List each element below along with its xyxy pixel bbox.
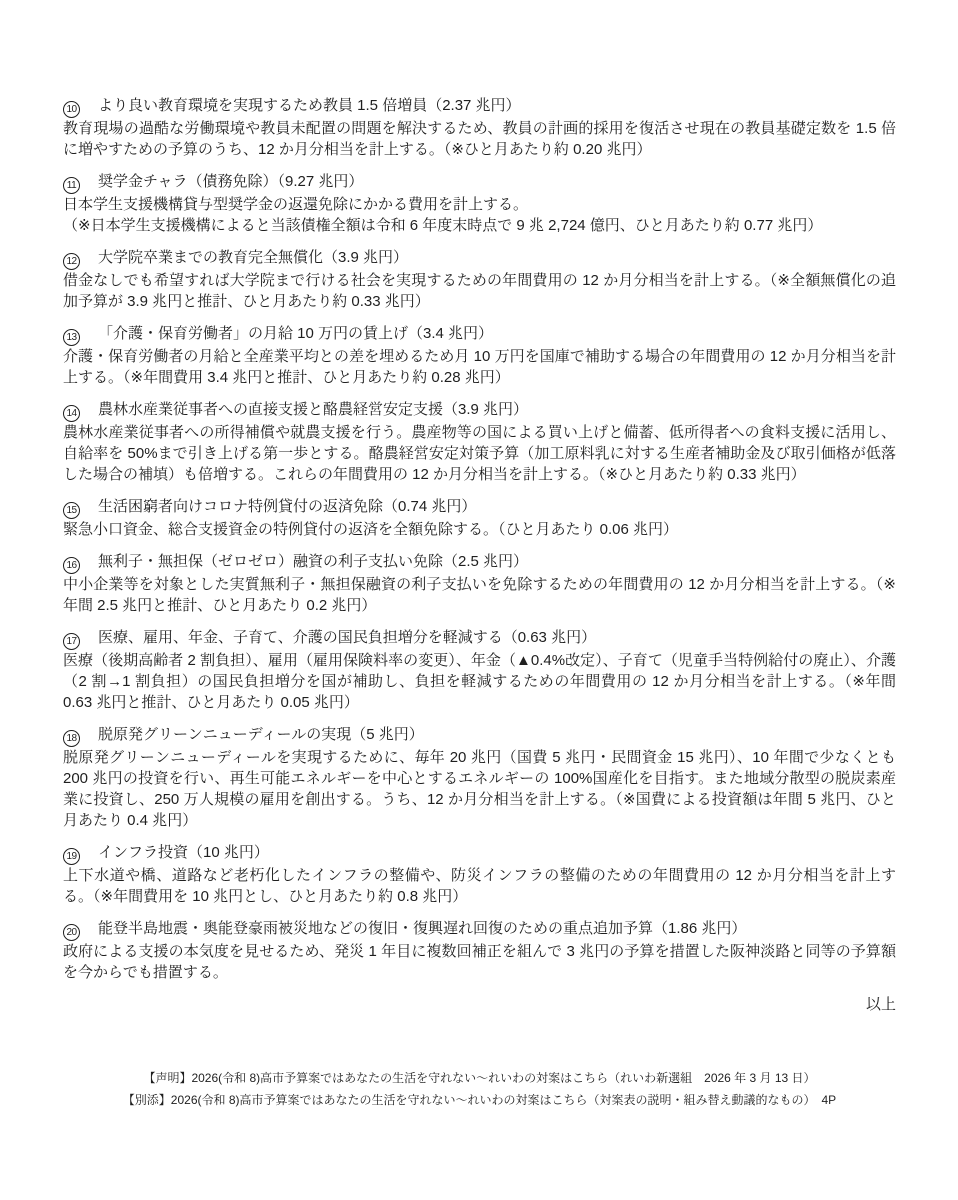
item-body: 農林水産業従事者への所得補償や就農支援を行う。農産物等の国による買い上げと備蓄、… [63,422,896,485]
circled-number: 16 [63,557,80,574]
item-title: 農林水産業従事者への直接支援と酪農経営安定支援（3.9 兆円） [98,401,528,418]
budget-item-17: 17医療、雇用、年金、子育て、介護の国民負担増分を軽減する（0.63 兆円） 医… [63,627,896,713]
item-body: 教育現場の過酷な労働環境や教員未配置の問題を解決するため、教員の計画的採用を復活… [63,118,896,160]
closing-text: 以上 [63,994,896,1015]
circled-number: 12 [63,253,80,270]
item-body: 中小企業等を対象とした実質無利子・無担保融資の利子支払いを免除するための年間費用… [63,574,896,616]
circled-number: 19 [63,848,80,865]
item-title: 奨学金チャラ（債務免除）（9.27 兆円） [98,173,363,190]
budget-item-13: 13「介護・保育労働者」の月給 10 万円の賃上げ（3.4 兆円） 介護・保育労… [63,323,896,388]
circled-number: 18 [63,730,80,747]
item-title: 無利子・無担保（ゼロゼロ）融資の利子支払い免除（2.5 兆円） [98,553,528,570]
item-body: 脱原発グリーンニューディールを実現するために、毎年 20 兆円（国費 5 兆円・… [63,747,896,831]
item-title: 能登半島地震・奥能登豪雨被災地などの復旧・復興遅れ回復のための重点追加予算（1.… [98,920,746,937]
item-heading: 19インフラ投資（10 兆円） [63,842,896,865]
item-body: 上下水道や橋、道路など老朽化したインフラの整備や、防災インフラの整備のための年間… [63,865,896,907]
item-body: 借金なしでも希望すれば大学院まで行ける社会を実現するための年間費用の 12 か月… [63,270,896,312]
budget-item-11: 11奨学金チャラ（債務免除）（9.27 兆円） 日本学生支援機構貸与型奨学金の返… [63,171,896,236]
item-title: 大学院卒業までの教育完全無償化（3.9 兆円） [98,249,408,266]
item-title: インフラ投資（10 兆円） [98,844,269,861]
item-heading: 17医療、雇用、年金、子育て、介護の国民負担増分を軽減する（0.63 兆円） [63,627,896,650]
document-page: 10より良い教育環境を実現するため教員 1.5 倍増員（2.37 兆円） 教育現… [0,0,958,1200]
item-body: 政府による支援の本気度を見せるため、発災 1 年目に複数回補正を組んで 3 兆円… [63,941,896,983]
budget-item-20: 20能登半島地震・奥能登豪雨被災地などの復旧・復興遅れ回復のための重点追加予算（… [63,918,896,983]
item-title: 脱原発グリーンニューディールの実現（5 兆円） [98,726,424,743]
item-body: 緊急小口資金、総合支援資金の特例貸付の返済を全額免除する。（ひと月あたり 0.0… [63,519,896,540]
circled-number: 13 [63,329,80,346]
item-heading: 16無利子・無担保（ゼロゼロ）融資の利子支払い免除（2.5 兆円） [63,551,896,574]
item-heading: 20能登半島地震・奥能登豪雨被災地などの復旧・復興遅れ回復のための重点追加予算（… [63,918,896,941]
circled-number: 11 [63,177,80,194]
item-heading: 13「介護・保育労働者」の月給 10 万円の賃上げ（3.4 兆円） [63,323,896,346]
item-heading: 18脱原発グリーンニューディールの実現（5 兆円） [63,724,896,747]
footer-line-2: 【別添】2026(令和 8)高市予算案ではあなたの生活を守れない～れいわの対案は… [63,1089,896,1111]
item-heading: 12大学院卒業までの教育完全無償化（3.9 兆円） [63,247,896,270]
item-title: 「介護・保育労働者」の月給 10 万円の賃上げ（3.4 兆円） [98,325,493,342]
footer: 【声明】2026(令和 8)高市予算案ではあなたの生活を守れない～れいわの対案は… [63,1067,896,1111]
item-body: 介護・保育労働者の月給と全産業平均との差を埋めるため月 10 万円を国庫で補助す… [63,346,896,388]
circled-number: 15 [63,502,80,519]
item-title: 医療、雇用、年金、子育て、介護の国民負担増分を軽減する（0.63 兆円） [98,629,596,646]
item-heading: 11奨学金チャラ（債務免除）（9.27 兆円） [63,171,896,194]
item-body: 医療（後期高齢者 2 割負担）、雇用（雇用保険料率の変更）、年金（▲0.4%改定… [63,650,896,713]
item-body: 日本学生支援機構貸与型奨学金の返還免除にかかる費用を計上する。 [63,194,896,215]
budget-item-15: 15生活困窮者向けコロナ特例貸付の返済免除（0.74 兆円） 緊急小口資金、総合… [63,496,896,540]
budget-item-16: 16無利子・無担保（ゼロゼロ）融資の利子支払い免除（2.5 兆円） 中小企業等を… [63,551,896,616]
item-heading: 10より良い教育環境を実現するため教員 1.5 倍増員（2.37 兆円） [63,95,896,118]
circled-number: 14 [63,405,80,422]
budget-item-18: 18脱原発グリーンニューディールの実現（5 兆円） 脱原発グリーンニューディール… [63,724,896,831]
item-title: より良い教育環境を実現するため教員 1.5 倍増員（2.37 兆円） [98,97,521,114]
item-body-note: （※日本学生支援機構によると当該債権全額は令和 6 年度末時点で 9 兆 2,7… [63,215,896,236]
budget-item-12: 12大学院卒業までの教育完全無償化（3.9 兆円） 借金なしでも希望すれば大学院… [63,247,896,312]
footer-line-1: 【声明】2026(令和 8)高市予算案ではあなたの生活を守れない～れいわの対案は… [63,1067,896,1089]
circled-number: 10 [63,101,80,118]
circled-number: 20 [63,924,80,941]
budget-item-19: 19インフラ投資（10 兆円） 上下水道や橋、道路など老朽化したインフラの整備や… [63,842,896,907]
circled-number: 17 [63,633,80,650]
item-heading: 15生活困窮者向けコロナ特例貸付の返済免除（0.74 兆円） [63,496,896,519]
item-heading: 14農林水産業従事者への直接支援と酪農経営安定支援（3.9 兆円） [63,399,896,422]
budget-item-14: 14農林水産業従事者への直接支援と酪農経営安定支援（3.9 兆円） 農林水産業従… [63,399,896,485]
item-title: 生活困窮者向けコロナ特例貸付の返済免除（0.74 兆円） [98,498,476,515]
budget-item-10: 10より良い教育環境を実現するため教員 1.5 倍増員（2.37 兆円） 教育現… [63,95,896,160]
